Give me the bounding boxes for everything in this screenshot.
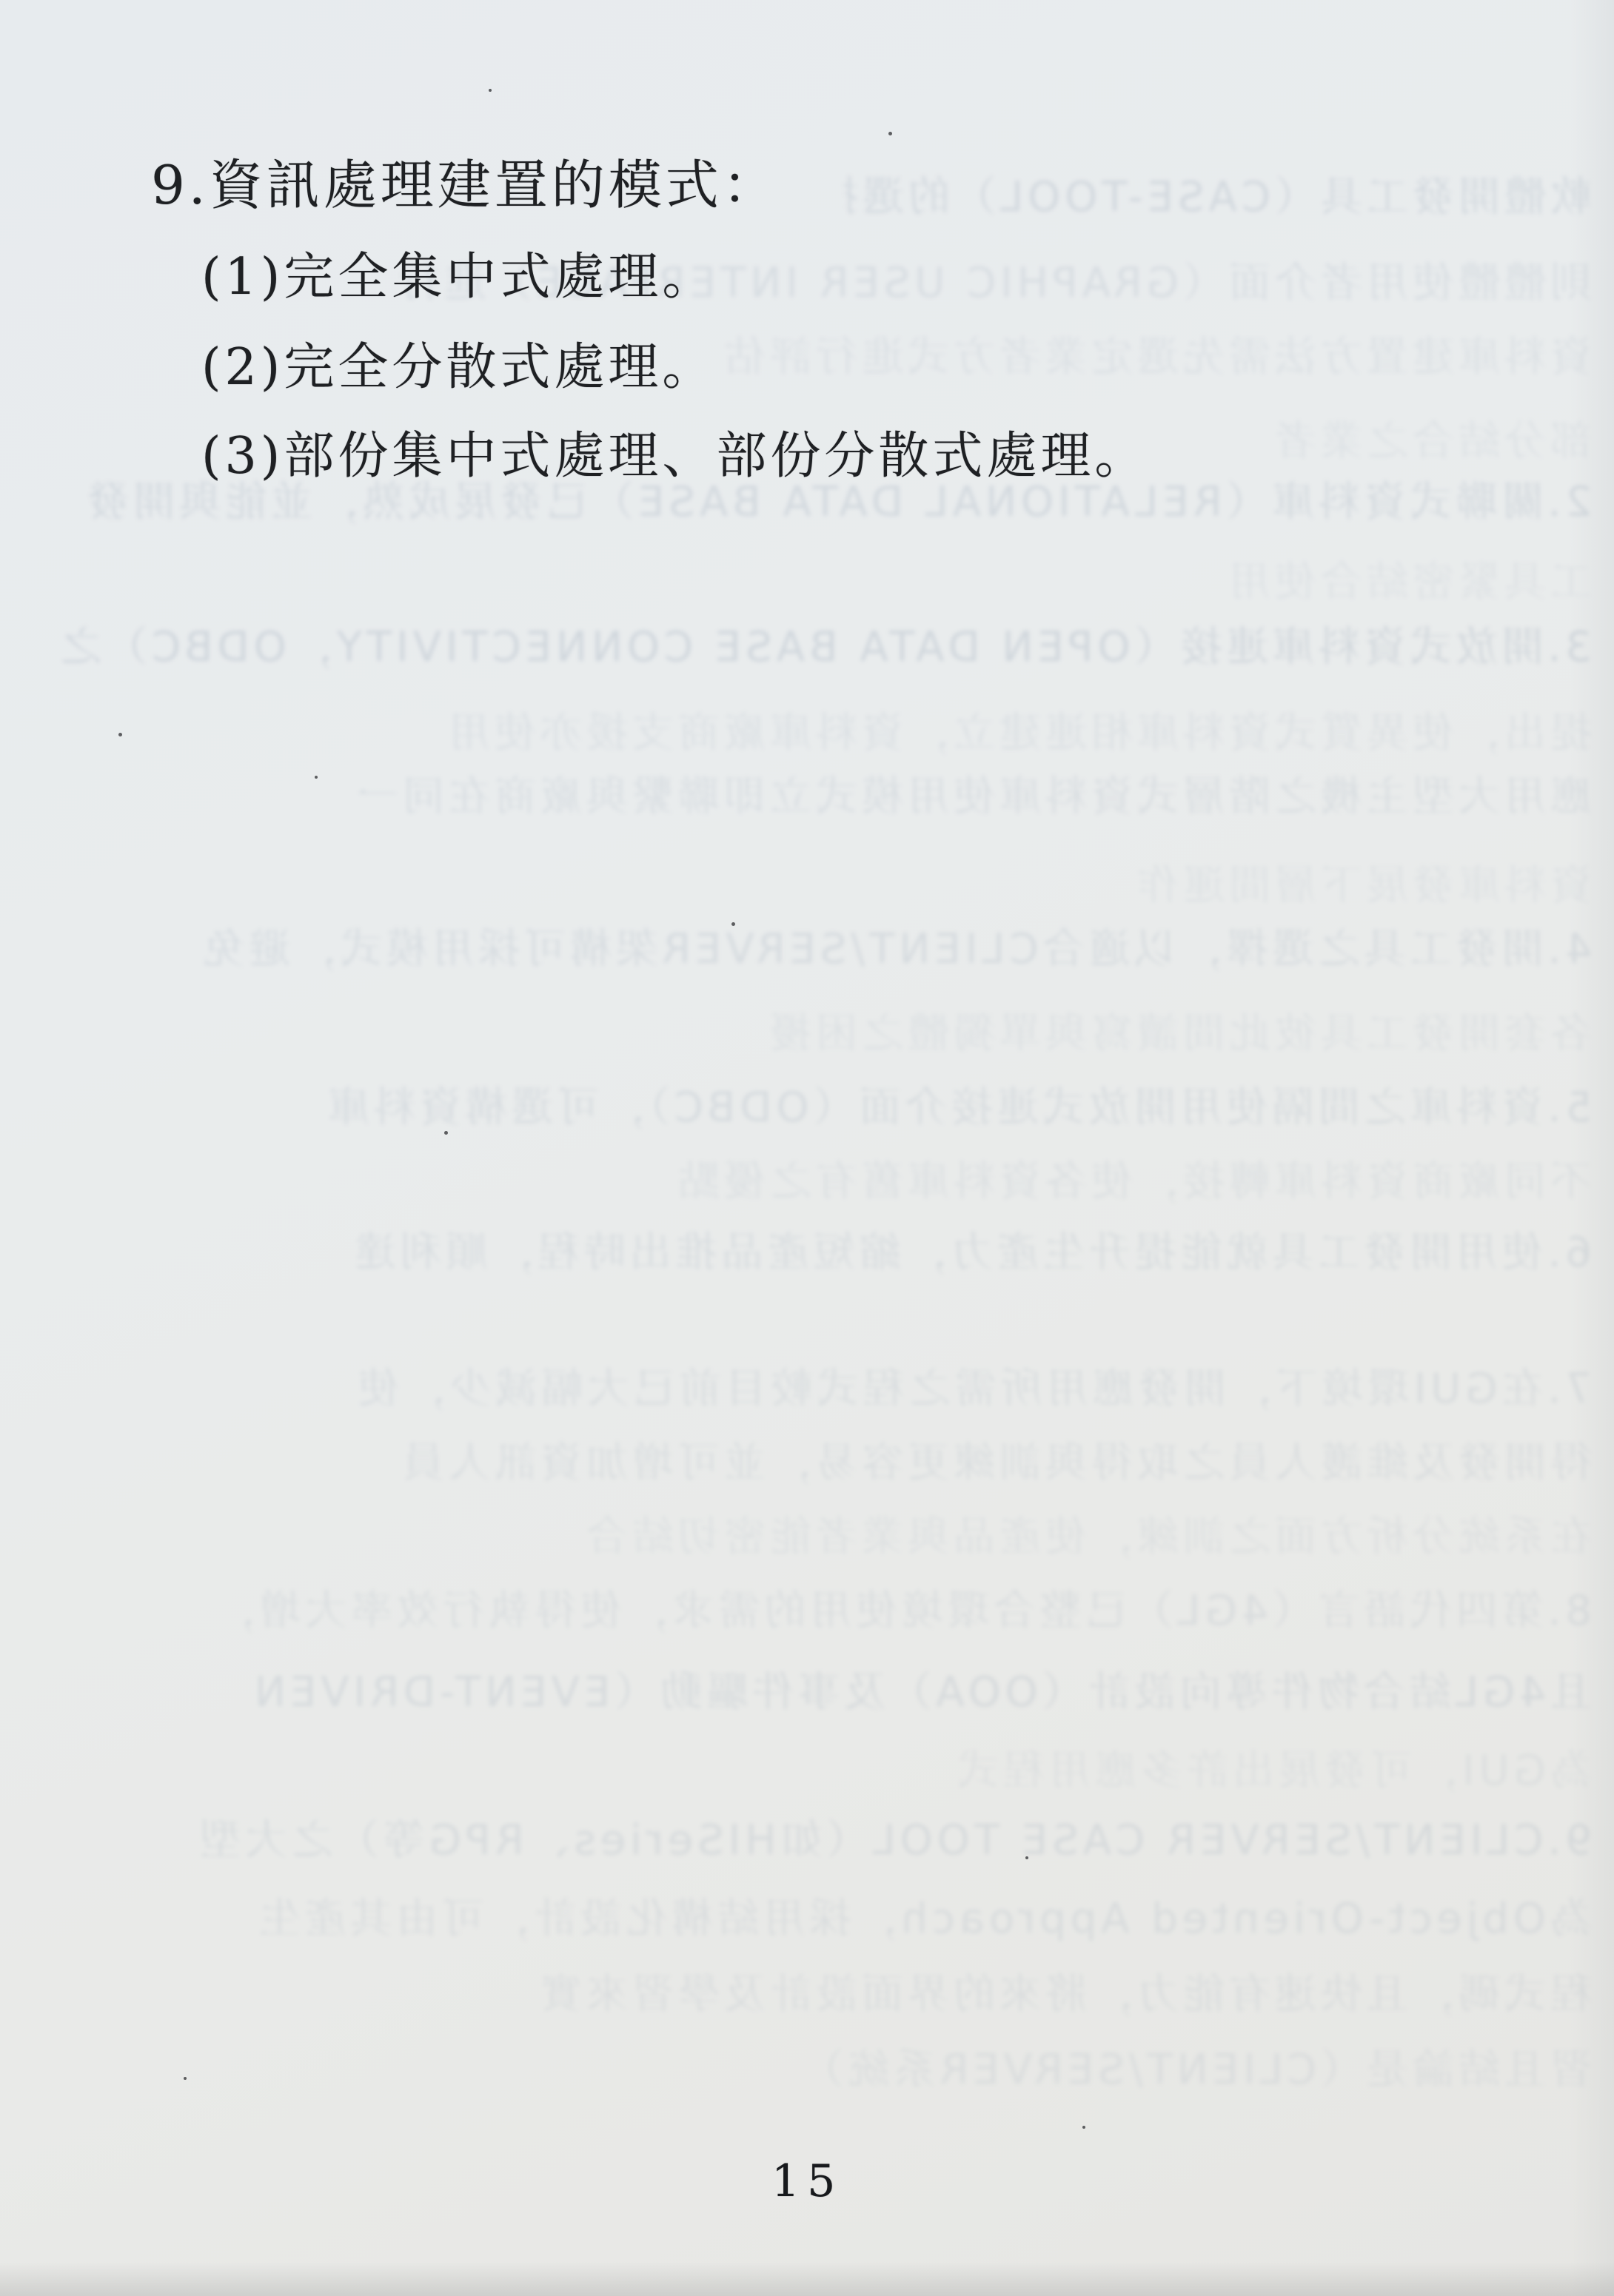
bleed-through-line: 軟體開發工具（CASE-TOOL）的選擇 [844,164,1592,224]
bleed-through-line: 9.CLIENT/SERVER CASE TOOL（如HISeries、RPG等… [67,1807,1592,1867]
bleed-through-line: 為GUI，可發展出許多應用程式 [407,1738,1592,1797]
paper-edge-shade-right [1570,0,1614,2296]
answer-item-2: (2)完全分散式處理。 [201,327,716,399]
bleed-through-line: 部分結合之業者 [1103,409,1592,468]
bleed-through-line: 習且結論是（CLIENT/SERVER系統） [740,2037,1592,2096]
scanned-document-page: 軟體開發工具（CASE-TOOL）的選擇則體體使用者介面（GRAPHIC USE… [0,0,1614,2296]
dust-speck [489,89,492,92]
bleed-through-line: 各套開發工具彼此間讀寫與單獨體之困擾 [333,1001,1592,1060]
bleed-through-line: 不同廠商資料庫轉接，使各資料庫舊有之優點 [392,1149,1592,1208]
dust-speck [184,2077,187,2080]
bleed-through-line: 8.第四代語言（4GL）已整合環境使用的需求，使得執行效率大增， [67,1578,1592,1637]
answer-item-3: (3)部份集中式處理、部份分散式處理。 [201,416,1148,488]
bleed-through-line: 7.在GUI環境下，開發應用所需之程式較目前已大幅減少，使 [67,1356,1592,1415]
bleed-through-line: 應用大型主機之階層式資料庫使用模式立即聯繫與廠商在同一 [67,764,1592,823]
question-line: 9.資訊處理建置的模式： [151,142,780,219]
bleed-through-line: 6.使用開發工具就能提升生產力，縮短產品推出時程，順利達 [67,1220,1592,1279]
bleed-through-line: 得開發及維護人員之取得與訓練更容易，並可增加資訊人員 [74,1430,1592,1489]
paper-edge-shade-bottom [0,2262,1614,2296]
bleed-through-line: 為Object-Oriented Approach，採用結構化設計，可由其產生 [67,1886,1592,1945]
dust-speck [444,1131,448,1135]
bleed-through-line: 在系統分析方面之訓練，使產品與業者能密切結合 [244,1504,1592,1563]
dust-speck [1025,1856,1028,1859]
answer-item-1: (1)完全集中式處理。 [201,237,716,309]
dust-speck [731,922,735,926]
page-number: 15 [771,2155,843,2207]
dust-speck [888,132,892,135]
bleed-through-line: 5.資料庫之間隔使用開放式連接介面（ODBC），可選構資料庫 [67,1075,1592,1134]
bleed-through-line: 4.開發工具之選擇，以適合CLIENT/SERVER架構可採用模式，避免 [67,916,1592,976]
bleed-through-line: 3.開放式資料庫連接（OPEN DATA BASE CONNECTIVITY，O… [59,614,1592,674]
dust-speck [118,733,122,736]
dust-speck [315,776,318,779]
bleed-through-line: 程式碼，且快速有能力，將來的界面設計及學習來實 [141,1961,1592,2021]
bleed-through-line: 資料庫發展下層間運作 [185,853,1592,912]
dust-speck [1082,2126,1085,2129]
bleed-through-line: 提出，使異質式資料庫相連建立，資料庫廠商支援亦使用 [74,700,1592,759]
bleed-through-line: 且4GL結合物件導向設計（OOA）及事件驅動（EVENT-DRIVEN [67,1659,1592,1719]
bleed-through-line: 工具緊密結合使用 [481,549,1592,608]
